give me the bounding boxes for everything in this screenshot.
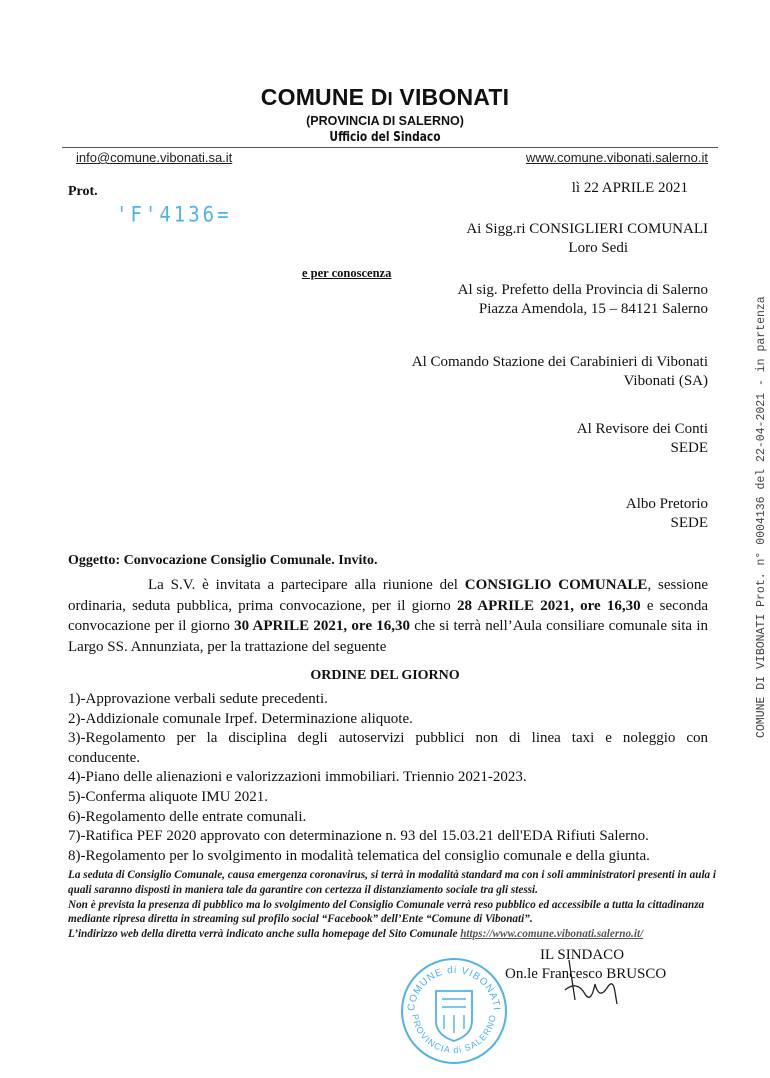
subject-line: Oggetto: Convocazione Consiglio Comunale… [68,553,378,569]
agenda-list: 1)-Approvazione verbali sedute precedent… [68,690,708,866]
handwritten-signature-icon [555,960,635,1010]
protocol-stamp: 'F'4136= [116,203,232,227]
cc-label: e per conoscenza [302,266,391,281]
body-paragraph: La S.V. è invitata a partecipare alla ri… [68,575,708,657]
province-subtitle: (PROVINCIA DI SALERNO) [0,114,770,128]
agenda-item: 7)-Ratifica PEF 2020 approvato con deter… [68,827,708,847]
livestream-link[interactable]: https://www.comune.vibonati.salerno.it/ [460,928,643,940]
municipal-seal-icon: COMUNE di VIBONATI PROVINCIA di SALERNO [398,955,510,1067]
recipient-prefect: Al sig. Prefetto della Provincia di Sale… [458,281,708,319]
recipient-line: Al Revisore dei Conti [577,420,708,439]
agenda-item: 6)-Regolamento delle entrate comunali. [68,808,708,828]
municipality-title: COMUNE DI VIBONATI [0,84,770,111]
recipient-carabinieri: Al Comando Stazione dei Carabinieri di V… [412,353,708,391]
recipient-line: Al sig. Prefetto della Provincia di Sale… [458,281,708,300]
recipient-albo: Albo Pretorio SEDE [626,495,708,533]
recipient-line: Al Comando Stazione dei Carabinieri di V… [412,353,708,372]
website-link[interactable]: www.comune.vibonati.salerno.it [526,150,708,165]
recipient-line: Loro Sedi [466,239,708,258]
agenda-item: 5)-Conferma aliquote IMU 2021. [68,788,708,808]
email-link[interactable]: info@comune.vibonati.sa.it [76,150,232,165]
protocol-label: Prot. [68,184,98,200]
recipient-line: SEDE [626,514,708,533]
agenda-item: 2)-Addizionale comunale Irpef. Determina… [68,710,708,730]
recipient-line: Albo Pretorio [626,495,708,514]
agenda-item: 8)-Regolamento per lo svolgimento in mod… [68,847,708,867]
office-subtitle: Ufficio del Sindaco [69,130,700,145]
recipient-primary: Ai Sigg.ri CONSIGLIERI COMUNALI Loro Sed… [466,220,708,258]
recipient-line: Ai Sigg.ri CONSIGLIERI COMUNALI [466,220,708,239]
subject-label: Oggetto [68,553,115,568]
recipient-line: Vibonati (SA) [412,372,708,391]
recipient-line: Piazza Amendola, 15 – 84121 Salerno [458,300,708,319]
recipient-line: SEDE [577,439,708,458]
notice-text: L’indirizzo web della diretta verrà indi… [68,927,718,942]
agenda-item: 4)-Piano delle alienazioni e valorizzazi… [68,768,708,788]
notice-text: La seduta di Consiglio Comunale, causa e… [68,868,718,898]
covid-notice: La seduta di Consiglio Comunale, causa e… [68,868,718,942]
subject-text: : Convocazione Consiglio Comunale. Invit… [115,553,377,568]
agenda-title: ORDINE DEL GIORNO [0,668,770,684]
notice-text: Non è prevista la presenza di pubblico m… [68,898,718,928]
agenda-item: 3)-Regolamento per la disciplina degli a… [68,729,708,749]
recipient-auditor: Al Revisore dei Conti SEDE [577,420,708,458]
header-divider [62,147,718,148]
agenda-item: conducente. [68,749,708,769]
letter-date: lì 22 APRILE 2021 [572,180,688,197]
agenda-item: 1)-Approvazione verbali sedute precedent… [68,690,708,710]
